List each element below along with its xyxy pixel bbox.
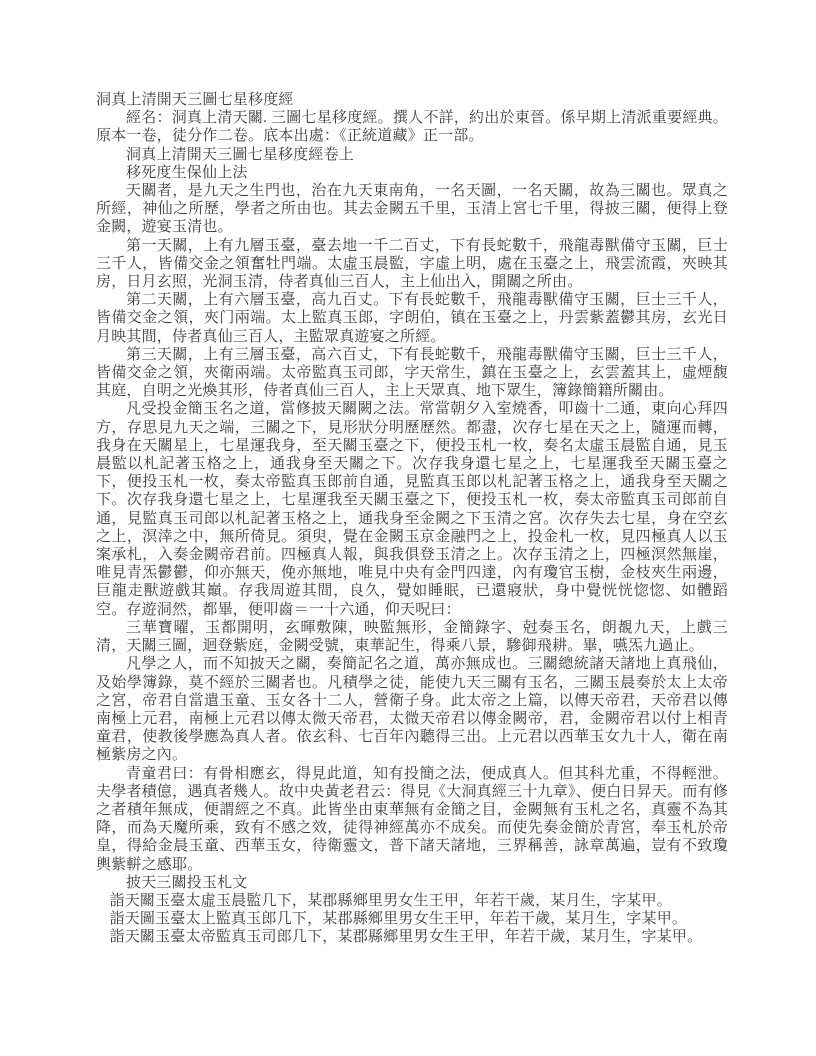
paragraph-first-gate: 第一天關，上有九層玉臺，臺去地一千二百丈，下有長蛇數千，飛龍毒獸備守玉關，巨士三… [96, 237, 728, 292]
doc-volume-heading: 洞真上清開天三圖七星移度經卷上 [96, 146, 728, 164]
tablet-line-2: 詣天圖玉臺太上監真玉郎几下，某郡縣鄉里男女生王甲，年若干歲，某月生，字某甲。 [96, 910, 728, 928]
document-page: 洞真上清開天三圖七星移度經 經名：洞真上清天關. 三圖七星移度經。撰人不詳，約出… [0, 0, 816, 1056]
doc-colophon: 經名：洞真上清天關. 三圖七星移度經。撰人不詳，約出於東晉。係早期上清派重要經典… [96, 109, 728, 145]
tablet-line-3: 詣天關玉臺太帝監真玉司郎几下，某郡縣鄉里男女生王甲，年若干歲，某月生，字某甲。 [96, 928, 728, 946]
doc-subsection-heading: 披天三關投玉札文 [96, 874, 728, 892]
paragraph-transmission: 凡學之人，而不知披天之關，奏簡記名之道，萬亦無成也。三關總統諸天諸地上真飛仙，及… [96, 655, 728, 764]
paragraph-second-gate: 第二天關，上有六層玉臺，高九百丈。下有長蛇數千，飛龍毒獸備守玉關，巨士三千人，皆… [96, 291, 728, 346]
paragraph-third-gate: 第三天關，上有三層玉臺，高六百丈，下有長蛇數千，飛龍毒獸備守玉關，巨士三千人，皆… [96, 346, 728, 401]
doc-title: 洞真上清開天三圖七星移度經 [96, 91, 728, 109]
paragraph-ritual: 凡受投金簡玉名之道，當修披天關闕之法。常當朝夕入室燒香，叩齒十二通，東向心拜四方… [96, 400, 728, 618]
tablet-line-1: 詣天關玉臺太虛玉晨監几下，某郡縣鄉里男女生王甲，年若干歲，某月生，字某甲。 [96, 892, 728, 910]
paragraph-qingtong: 青童君曰：有骨相應玄，得見此道，知有投簡之法，便成真人。但其科尤重，不得輕泄。夫… [96, 765, 728, 874]
doc-section-heading: 移死度生保仙上法 [96, 164, 728, 182]
document-text-block: 洞真上清開天三圖七星移度經 經名：洞真上清天關. 三圖七星移度經。撰人不詳，約出… [96, 91, 728, 947]
paragraph-incantation: 三華寶曜，玉都開明，玄暉敷陳，映監無形，金簡錄字、尅奏玉名，朗覩九天，上戲三清，… [96, 619, 728, 655]
paragraph-tianguan: 天關者，是九天之生門也，治在九天東南角，一名天圖，一名天關，故為三關也。眾真之所… [96, 182, 728, 237]
